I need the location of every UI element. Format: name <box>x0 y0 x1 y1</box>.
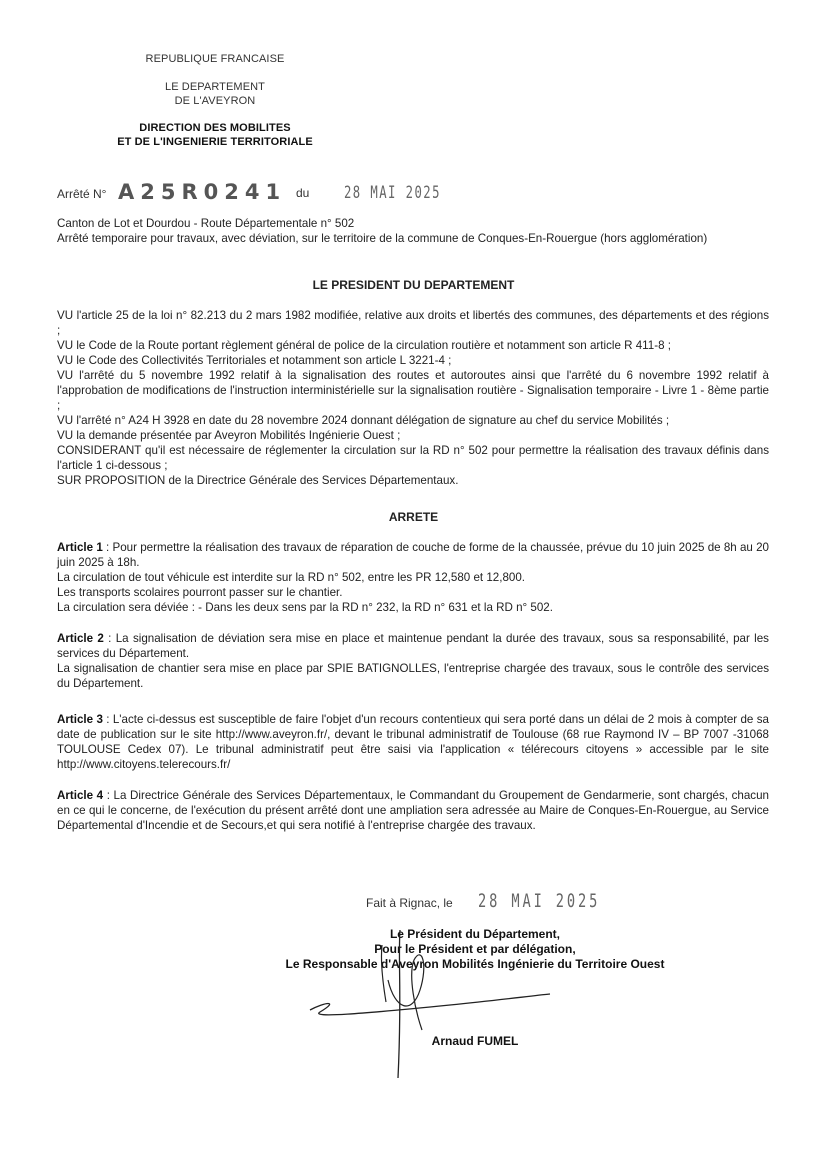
decree-date-stamp: 28 MAI 2025 <box>344 183 441 203</box>
considerations-block: VU l'article 25 de la loi n° 82.213 du 2… <box>57 308 769 488</box>
article-text: : La signalisation de déviation sera mis… <box>57 632 769 660</box>
article-text: La circulation sera déviée : - Dans les … <box>57 600 769 615</box>
department-heading-line1: LE DEPARTEMENT <box>80 81 350 93</box>
department-heading-line2: DE L'AVEYRON <box>80 95 350 107</box>
signature-date-stamp: 28 MAI 2025 <box>478 890 600 912</box>
republic-heading: REPUBLIQUE FRANCAISE <box>80 53 350 65</box>
president-title: LE PRESIDENT DU DEPARTEMENT <box>0 278 827 292</box>
subject-line2: Arrêté temporaire pour travaux, avec dév… <box>57 231 769 246</box>
article-text: La circulation de tout véhicule est inte… <box>57 570 769 585</box>
consideration-item: VU l'arrêté n° A24 H 3928 en date du 28 … <box>57 413 769 428</box>
decree-du: du <box>296 186 309 200</box>
article-text: Les transports scolaires pourront passer… <box>57 585 769 600</box>
article-text: : L'acte ci-dessus est susceptible de fa… <box>57 713 769 771</box>
consideration-item: VU l'arrêté du 5 novembre 1992 relatif à… <box>57 368 769 413</box>
consideration-item: VU l'article 25 de la loi n° 82.213 du 2… <box>57 308 769 338</box>
arrete-title: ARRETE <box>0 510 827 524</box>
article-text: La signalisation de chantier sera mise e… <box>57 661 769 691</box>
decree-label: Arrêté N° <box>57 187 106 201</box>
article-text: : La Directrice Générale des Services Dé… <box>57 789 769 832</box>
consideration-item: CONSIDERANT qu'il est nécessaire de régl… <box>57 443 769 473</box>
direction-heading-line2: ET DE L'INGENIERIE TERRITORIALE <box>80 136 350 148</box>
decree-number: A25R0241 <box>118 180 286 204</box>
article-text: : Pour permettre la réalisation des trav… <box>57 541 769 569</box>
consideration-item: SUR PROPOSITION de la Directrice Général… <box>57 473 769 488</box>
article-2: Article 2 : La signalisation de déviatio… <box>57 631 769 691</box>
article-label: Article 4 <box>57 789 103 802</box>
consideration-item: VU la demande présentée par Aveyron Mobi… <box>57 428 769 443</box>
article-1: Article 1 : Pour permettre la réalisatio… <box>57 540 769 615</box>
article-4: Article 4 : La Directrice Générale des S… <box>57 788 769 833</box>
direction-heading-line1: DIRECTION DES MOBILITES <box>80 122 350 134</box>
article-label: Article 2 <box>57 632 104 645</box>
signatory-name: Arnaud FUMEL <box>250 1034 700 1049</box>
consideration-item: VU le Code des Collectivités Territorial… <box>57 353 769 368</box>
article-3: Article 3 : L'acte ci-dessus est suscept… <box>57 712 769 772</box>
handwritten-signature-icon <box>300 920 580 1080</box>
article-label: Article 3 <box>57 713 103 726</box>
article-label: Article 1 <box>57 541 103 554</box>
subject-line1: Canton de Lot et Dourdou - Route Départe… <box>57 216 769 231</box>
consideration-item: VU le Code de la Route portant règlement… <box>57 338 769 353</box>
signature-place: Fait à Rignac, le <box>366 896 453 910</box>
